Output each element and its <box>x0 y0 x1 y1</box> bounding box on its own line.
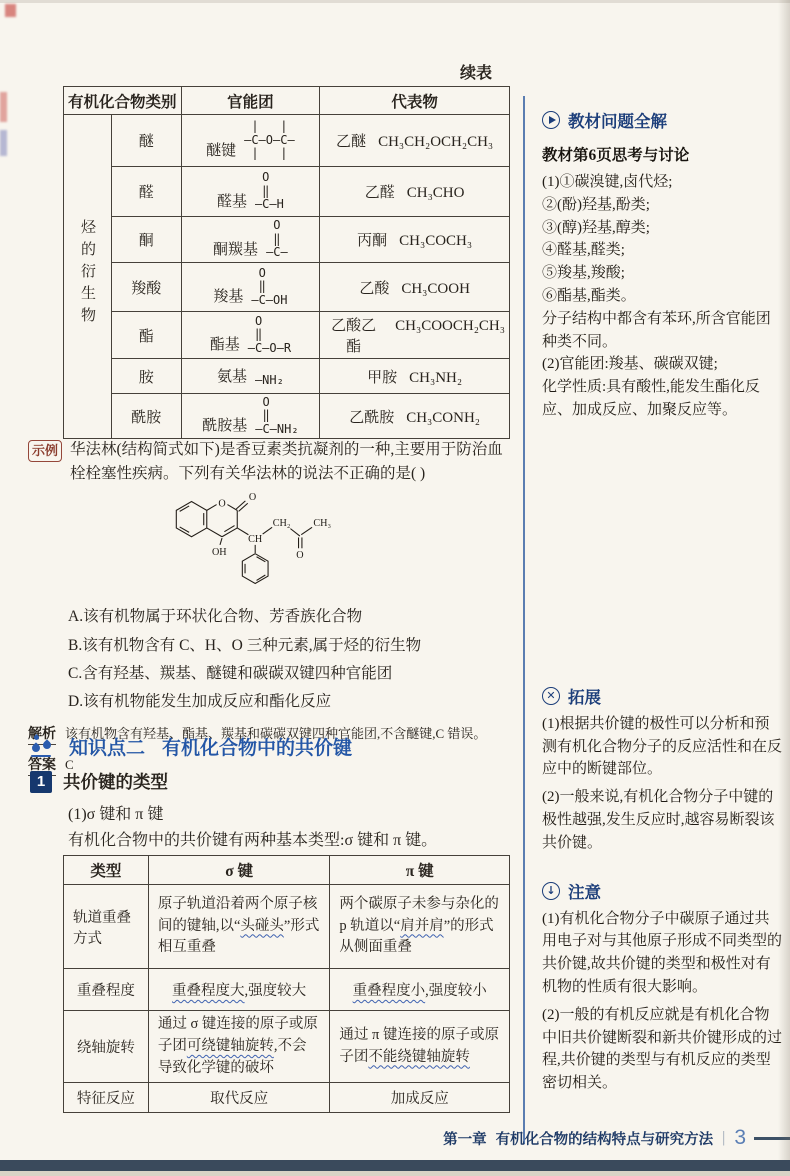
footer-separator: | <box>722 1129 725 1147</box>
continued-table-label: 续表 <box>30 60 492 83</box>
sigma-pi-intro: 有机化合物中的共价键有两种基本类型:σ 键和 π 键。 <box>68 827 437 850</box>
footer-chapter-title: 有机化合物的结构特点与研究方法 <box>496 1128 714 1149</box>
options-list: A.该有机物属于环状化合物、芳香族化合物 B.该有机物含有 C、H、O 三种元素… <box>68 606 510 714</box>
cell-representative: 丙酮CH₃COCH₃ <box>320 217 510 263</box>
cell-class: 胺 <box>111 359 181 394</box>
table-row-aldehyde: 醛 醛基 O ‖—C—H 乙醛CH₃CHO <box>64 167 510 217</box>
solution-line: ⑤羧基,羧酸; <box>542 262 782 285</box>
cell-sigma: 通过 σ 键连接的原子或原子团可绕键轴旋转,不会导致化学键的破坏 <box>148 1011 330 1083</box>
cell-representative: 甲胺CH₃NH₂ <box>320 359 510 394</box>
page-top-shadow <box>0 0 790 3</box>
knowledge-point-heading: 知识点二 有机化合物中的共价键 <box>30 733 352 760</box>
cell-representative: 乙酰胺CH₃CONH₂ <box>320 394 510 439</box>
knowledge-point-title: 有机化合物中的共价键 <box>162 733 352 760</box>
page-edge-blue-mark <box>0 130 7 156</box>
textbook-page6-subtitle: 教材第6页思考与讨论 <box>542 143 782 165</box>
table-header-row: 类型 σ 键 π 键 <box>64 856 510 885</box>
column-divider <box>523 96 525 1144</box>
atom-ch: CH <box>248 534 263 545</box>
group-name: 酮羰基 <box>213 238 258 260</box>
cell-representative: 乙醚CH₃CH₂OCH₂CH₃ <box>320 115 510 167</box>
solution-line: ⑥酯基,酯类。 <box>542 285 782 308</box>
example-question: 华法林(结构简式如下)是香豆素类抗凝剂的一种,主要用于防治血栓栓塞性疾病。下列有… <box>70 438 510 486</box>
functional-group-table: 有机化合物类别 官能团 代表物 烃的衍生物 醚 醚键 | |—C—O—C— | … <box>63 86 510 439</box>
cell-pi: 两个碳原子未参与杂化的 p 轨道以“肩并肩”的形式从侧面重叠 <box>330 885 510 969</box>
group-structure: O ‖—C—NH₂ <box>255 396 298 436</box>
solution-line: ②(酚)羟基,酚类; <box>542 194 782 217</box>
cell-class: 羧酸 <box>111 263 181 312</box>
textbook-solutions-title: 教材问题全解 <box>568 108 667 132</box>
atom-ch2: CH₂ <box>273 518 291 529</box>
table-row-axial-rotation: 绕轴旋转 通过 σ 键连接的原子或原子团可绕键轴旋转,不会导致化学键的破坏 通过… <box>64 1011 510 1083</box>
cell-class: 酰胺 <box>111 394 181 439</box>
sidebar: 教材问题全解 教材第6页思考与讨论 (1)①碳溴键,卤代烃; ②(酚)羟基,酚类… <box>542 108 782 1095</box>
group-structure: O ‖—C— <box>266 219 288 259</box>
page-edge-shadow <box>778 0 790 1176</box>
cell-representative: 乙醛CH₃CHO <box>320 167 510 217</box>
option-b: B.该有机物含有 C、H、O 三种元素,属于烃的衍生物 <box>68 635 510 657</box>
cell-representative: 乙酸乙酯CH₃COOCH₂CH₃ <box>320 312 510 359</box>
option-d: D.该有机物能发生加成反应和酯化反应 <box>68 691 510 713</box>
cell-group: 酯基 O ‖—C—O—R <box>181 312 320 359</box>
header-type: 类型 <box>64 856 149 885</box>
warfarin-structure: O O OH CH CH₂ O CH₃ <box>158 488 510 600</box>
header-sigma: σ 键 <box>148 856 330 885</box>
subsection-title: 共价键的类型 <box>63 769 168 794</box>
cell-sigma: 原子轨道沿着两个原子核间的键轴,以“头碰头”形式相互重叠 <box>148 885 330 969</box>
group-structure: | |—C—O—C— | | <box>244 120 295 160</box>
rep-name: 乙酸 <box>359 277 389 298</box>
row-label: 特征反应 <box>64 1083 149 1113</box>
rep-formula: CH₃CONH₂ <box>406 410 480 427</box>
sigma-pi-subtitle: (1)σ 键和 π 键 <box>68 801 163 824</box>
rep-name: 甲胺 <box>367 366 397 387</box>
solutions-lines: (1)①碳溴键,卤代烃; ②(酚)羟基,酚类; ③(醇)羟基,醇类; ④醛基,醛… <box>542 171 782 422</box>
notice-paragraph: (2)一般的有机反应就是有机化合物中旧共价键断裂和新共价键形成的过程,共价键的类… <box>542 1004 782 1095</box>
rep-name: 乙酰胺 <box>349 406 394 427</box>
atom-ch3: CH₃ <box>313 518 331 529</box>
derivative-label: 烃的衍生物 <box>77 219 98 329</box>
rep-formula: CH₃CH₂OCH₂CH₃ <box>378 134 493 151</box>
row-label: 重叠程度 <box>64 969 149 1011</box>
option-c: C.含有羟基、羰基、醚键和碳碳双键四种官能团 <box>68 663 510 685</box>
cell-pi: 加成反应 <box>330 1083 510 1113</box>
rep-formula: CH₃COOCH₂CH₃ <box>395 318 505 335</box>
atom-hydroxyl: OH <box>212 547 227 558</box>
solution-line: (1)①碳溴键,卤代烃; <box>542 171 782 194</box>
page-edge-red-mark <box>5 4 16 17</box>
textbook-page: 续表 有机化合物类别 官能团 代表物 烃的衍生物 醚 醚键 | |—C—O—C—… <box>0 0 790 1176</box>
row-label: 轨道重叠方式 <box>64 885 149 969</box>
header-functional-group: 官能团 <box>181 87 320 115</box>
footer-chapter-label: 第一章 <box>443 1128 487 1149</box>
group-name: 酯基 <box>210 333 240 355</box>
cell-sigma: 重叠程度大,强度较大 <box>148 969 330 1011</box>
group-name: 羧基 <box>213 285 243 307</box>
notice-paragraph: (1)有机化合物分子中碳原子通过共用电子对与其他原子形成不同类型的共价键,故共价… <box>542 908 782 999</box>
table-row-ether: 烃的衍生物 醚 醚键 | |—C—O—C— | | 乙醚CH₃CH₂OCH₂CH… <box>64 115 510 167</box>
cell-group: 氨基—NH₂ <box>181 359 320 394</box>
play-circle-icon <box>542 111 560 129</box>
book-bottom-edge <box>0 1160 790 1171</box>
atom-ketone-oxygen: O <box>296 550 303 561</box>
atom-lactone-oxygen: O <box>249 492 256 503</box>
table-row-overlap-mode: 轨道重叠方式 原子轨道沿着两个原子核间的键轴,以“头碰头”形式相互重叠 两个碳原… <box>64 885 510 969</box>
solution-line: ③(醇)羟基,醇类; <box>542 217 782 240</box>
cell-group: 酰胺基 O ‖—C—NH₂ <box>181 394 320 439</box>
notice-section: ↓ 注意 (1)有机化合物分子中碳原子通过共用电子对与其他原子形成不同类型的共价… <box>542 879 782 1095</box>
solution-line: (2)官能团:羧基、碳碳双键; <box>542 353 782 376</box>
cell-group: 醚键 | |—C—O—C— | | <box>181 115 320 167</box>
cell-pi: 重叠程度小,强度较小 <box>330 969 510 1011</box>
table-header-row: 有机化合物类别 官能团 代表物 <box>64 87 510 115</box>
expand-circle-icon: ✕ <box>542 687 560 705</box>
note-arrow-circle-icon: ↓ <box>542 882 560 900</box>
warfarin-structure-svg: O O OH CH CH₂ O CH₃ <box>158 488 370 595</box>
table-row-characteristic-reaction: 特征反应 取代反应 加成反应 <box>64 1083 510 1113</box>
group-name: 醚键 <box>206 139 236 161</box>
cell-derivative-span: 烃的衍生物 <box>64 115 112 439</box>
expansion-paragraph: (2)一般来说,有机化合物分子中键的极性越强,发生反应时,越容易断裂该共价键。 <box>542 786 782 854</box>
cell-class: 酯 <box>111 312 181 359</box>
textbook-solutions-heading: 教材问题全解 <box>542 108 782 132</box>
header-pi: π 键 <box>330 856 510 885</box>
rep-name: 乙醛 <box>365 181 395 202</box>
group-structure: —NH₂ <box>255 374 284 387</box>
cell-group: 醛基 O ‖—C—H <box>181 167 320 217</box>
notice-title: 注意 <box>568 879 601 903</box>
expansion-heading: ✕ 拓展 <box>542 684 782 708</box>
page-footer: 第一章 有机化合物的结构特点与研究方法 | 3 <box>443 1126 746 1150</box>
rep-name: 丙酮 <box>357 229 387 250</box>
solution-line: ④醛基,醛类; <box>542 239 782 262</box>
cell-pi: 通过 π 键连接的原子或原子团不能绕键轴旋转 <box>330 1011 510 1083</box>
rep-formula: CH₃COCH₃ <box>399 233 472 250</box>
row-label: 绕轴旋转 <box>64 1011 149 1083</box>
rep-name: 乙酸乙酯 <box>324 314 383 356</box>
subsection-number-badge: 1 <box>30 771 52 793</box>
group-structure: O ‖—C—O—R <box>248 315 291 355</box>
group-name: 醛基 <box>217 190 247 212</box>
group-name: 酰胺基 <box>202 414 247 436</box>
cell-group: 羧基 O ‖—C—OH <box>181 263 320 312</box>
atom-ring-oxygen: O <box>218 498 225 509</box>
expansion-section: ✕ 拓展 (1)根据共价键的极性可以分析和预测有机化合物分子的反应活性和在反应中… <box>542 684 782 855</box>
cell-group: 酮羰基 O ‖—C— <box>181 217 320 263</box>
cell-class: 醚 <box>111 115 181 167</box>
cell-representative: 乙酸CH₃COOH <box>320 263 510 312</box>
sigma-pi-table: 类型 σ 键 π 键 轨道重叠方式 原子轨道沿着两个原子核间的键轴,以“头碰头”… <box>63 855 510 1113</box>
knowledge-point-badge: 知识点二 <box>69 733 145 760</box>
expansion-title: 拓展 <box>568 684 601 708</box>
group-structure: O ‖—C—OH <box>251 267 287 307</box>
option-a: A.该有机物属于环状化合物、芳香族化合物 <box>68 606 510 628</box>
group-structure: O ‖—C—H <box>255 171 284 211</box>
example-badge: 示例 <box>28 440 62 462</box>
cell-sigma: 取代反应 <box>148 1083 330 1113</box>
rep-name: 乙醚 <box>336 130 366 151</box>
rep-formula: CH₃CHO <box>407 185 465 202</box>
example-block: 示例 华法林(结构简式如下)是香豆素类抗凝剂的一种,主要用于防治血栓栓塞性疾病。… <box>28 438 510 776</box>
table-row-amide: 酰胺 酰胺基 O ‖—C—NH₂ 乙酰胺CH₃CONH₂ <box>64 394 510 439</box>
droplets-icon <box>30 735 56 759</box>
notice-heading: ↓ 注意 <box>542 879 782 903</box>
header-representative: 代表物 <box>320 87 510 115</box>
footer-page-number: 3 <box>734 1126 746 1150</box>
cell-class: 醛 <box>111 167 181 217</box>
expansion-paragraph: (1)根据共价键的极性可以分析和预测有机化合物分子的反应活性和在反应中的断键部位… <box>542 713 782 781</box>
table-row-overlap-degree: 重叠程度 重叠程度大,强度较大 重叠程度小,强度较小 <box>64 969 510 1011</box>
header-category: 有机化合物类别 <box>64 87 182 115</box>
rep-formula: CH₃NH₂ <box>409 370 462 387</box>
book-bottom-lip <box>0 1171 790 1176</box>
table-row-carboxylic-acid: 羧酸 羧基 O ‖—C—OH 乙酸CH₃COOH <box>64 263 510 312</box>
group-name: 氨基 <box>217 365 247 387</box>
table-row-ester: 酯 酯基 O ‖—C—O—R 乙酸乙酯CH₃COOCH₂CH₃ <box>64 312 510 359</box>
table-row-ketone: 酮 酮羰基 O ‖—C— 丙酮CH₃COCH₃ <box>64 217 510 263</box>
subsection-heading: 1 共价键的类型 <box>30 769 168 794</box>
page-edge-red-mark <box>0 92 7 122</box>
table-row-amine: 胺 氨基—NH₂ 甲胺CH₃NH₂ <box>64 359 510 394</box>
cell-class: 酮 <box>111 217 181 263</box>
solution-line: 分子结构中都含有苯环,所含官能团种类不同。 <box>542 308 782 354</box>
rep-formula: CH₃COOH <box>401 281 470 298</box>
solution-line: 化学性质:具有酸性,能发生酯化反应、加成反应、加聚反应等。 <box>542 376 782 422</box>
